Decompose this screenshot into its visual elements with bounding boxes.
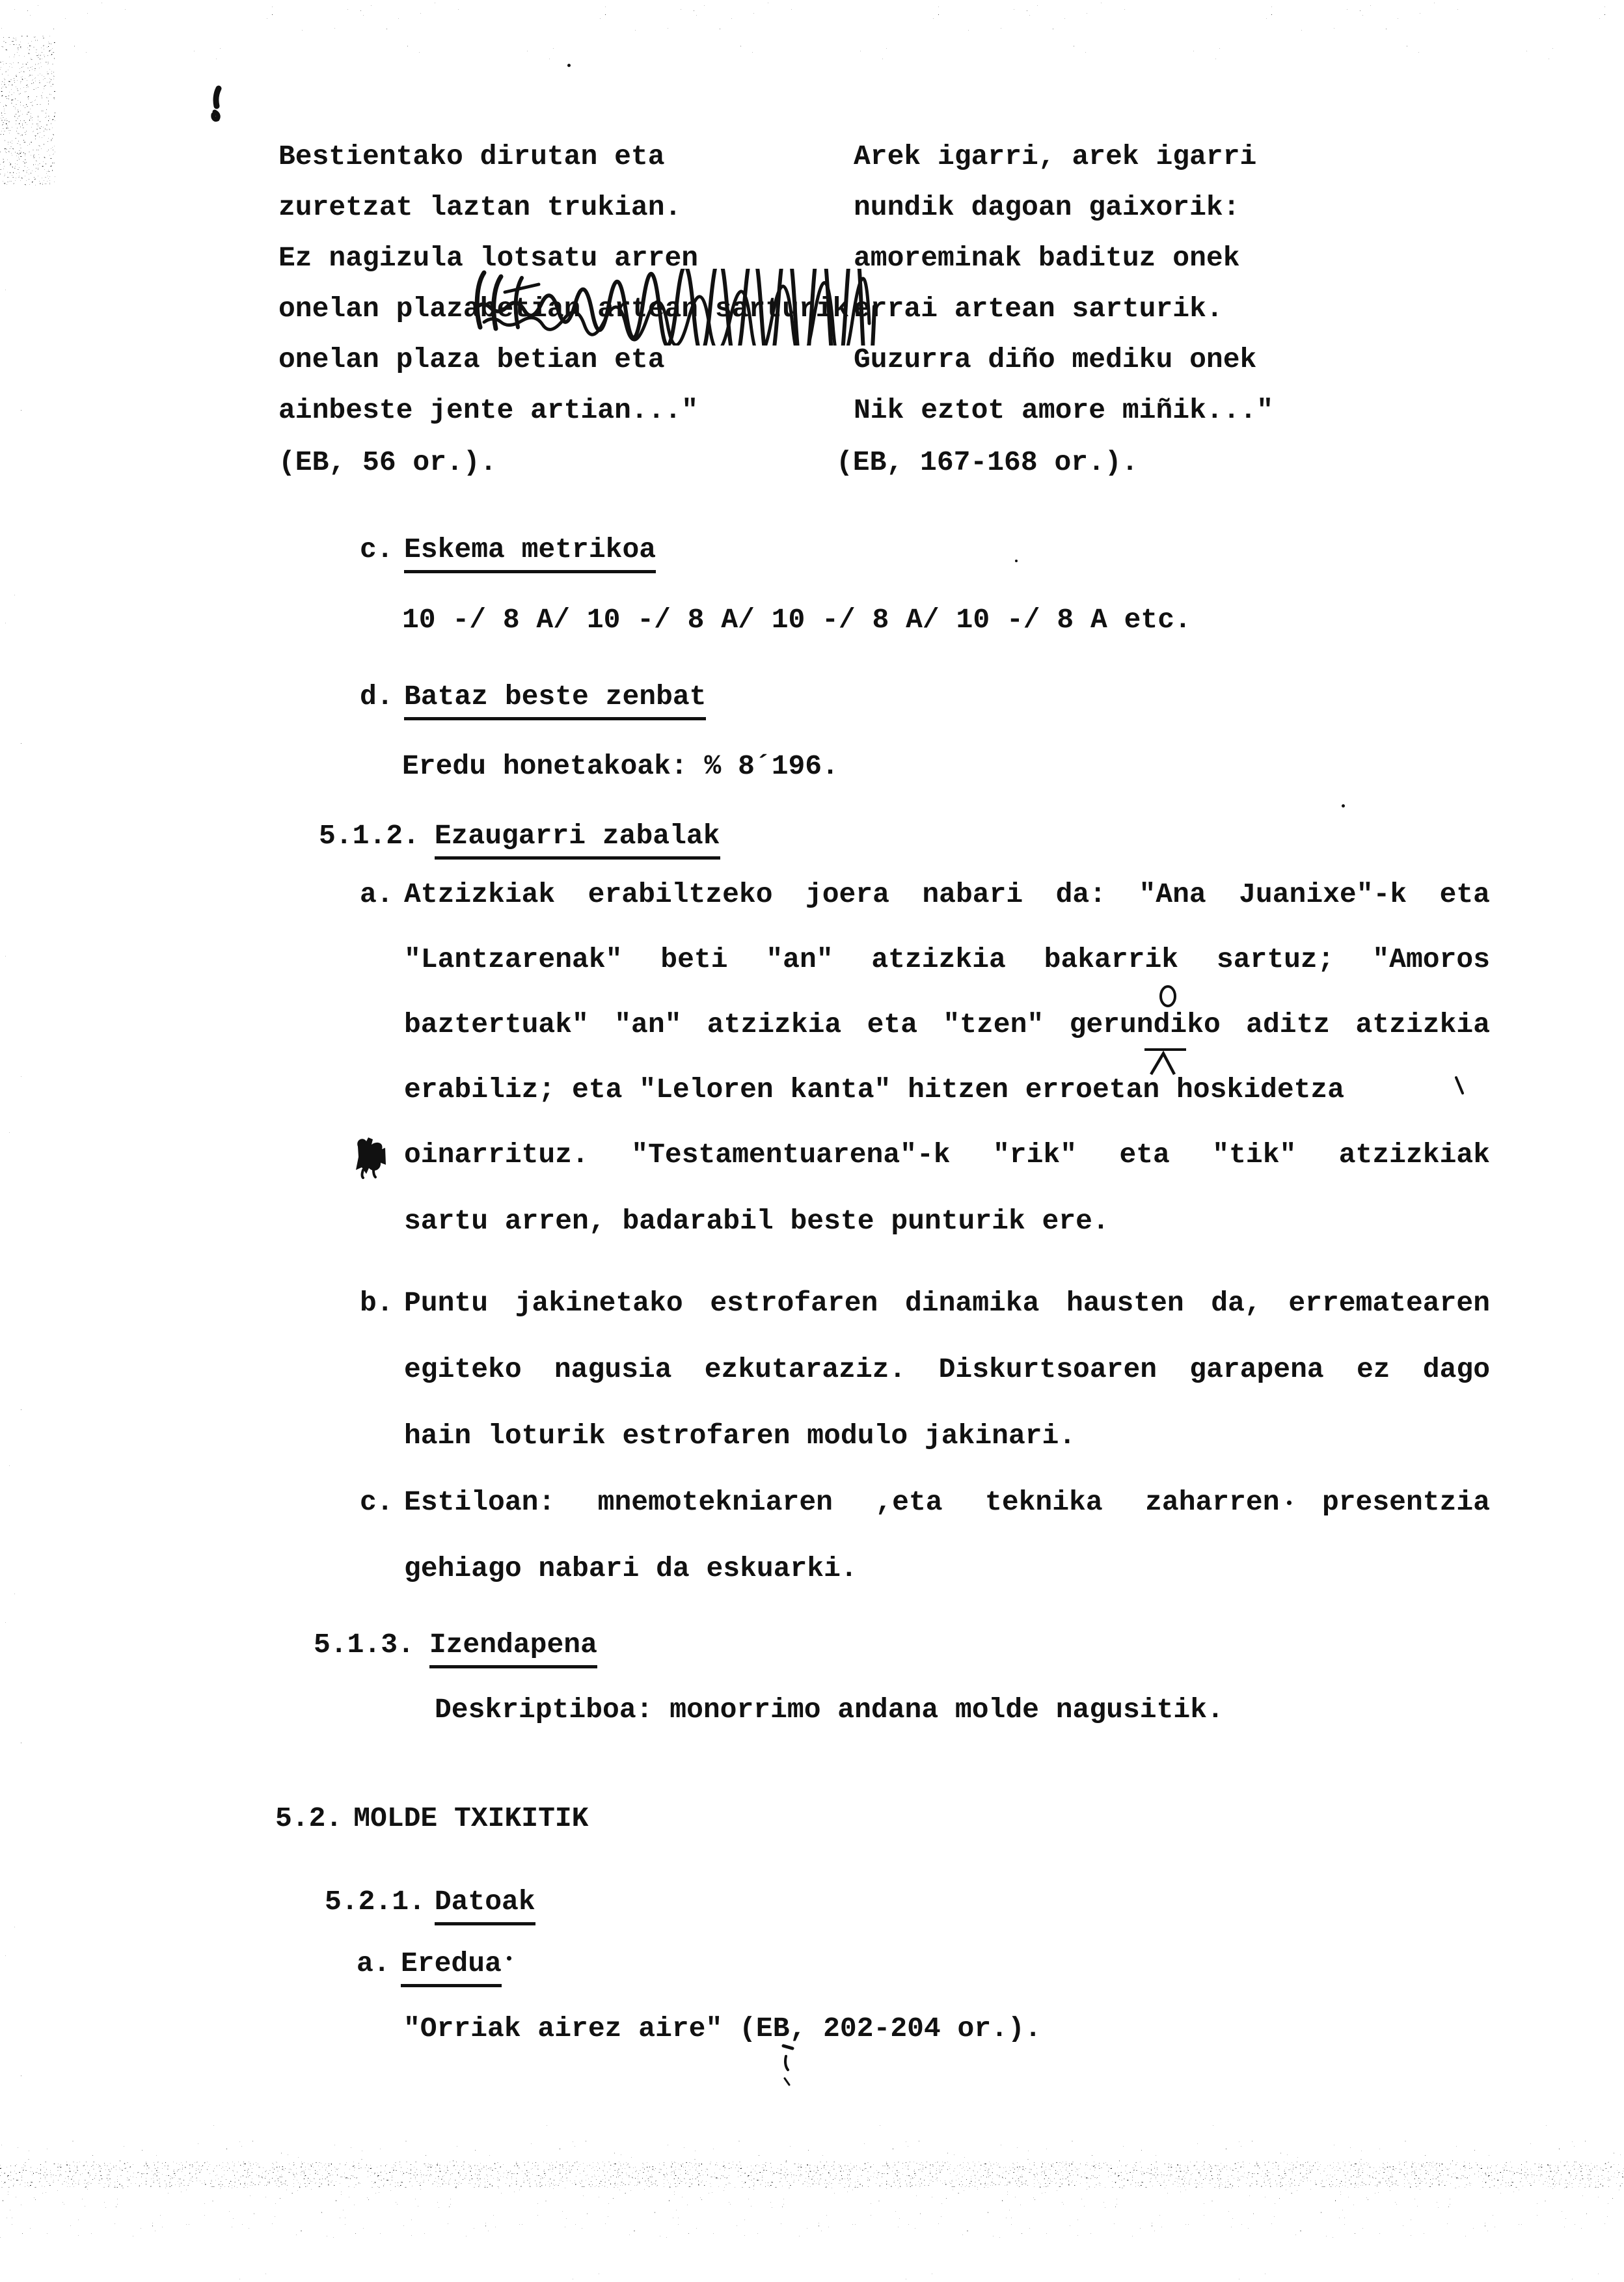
poem-right-line: Guzurra diño mediku onek (854, 345, 1256, 375)
stray-tick-mark (1452, 1075, 1468, 1097)
handwritten-strikethrough-scribble (455, 269, 891, 346)
section-d-title: Bataz beste zenbat (404, 682, 706, 720)
poem-left-line4-prefix: onelan plaza (278, 293, 480, 325)
poem-left-line: Bestientako dirutan eta (278, 142, 665, 172)
item-a2-body: "Orriak airez aire" (EB, 202-204 or.). (403, 2014, 1042, 2044)
dust-dot (1015, 560, 1018, 562)
poem-right-line: Arek igarri, arek igarri (854, 142, 1256, 172)
dust-dot (567, 64, 571, 67)
poem-right-line: Nik eztot amore miñik..." (854, 396, 1273, 426)
section-c1-body: 10 -/ 8 A/ 10 -/ 8 A/ 10 -/ 8 A/ 10 -/ 8… (402, 605, 1191, 635)
poem-right-citation: (EB, 167-168 or.). (836, 448, 1138, 478)
ink-blot (351, 1136, 390, 1179)
section-c1-title: Eskema metrikoa (404, 535, 656, 573)
section-513-body: Deskriptiboa: monorrimo andana molde nag… (435, 1695, 1224, 1725)
item-a-label: a. (360, 880, 394, 910)
item-b-line: hain loturik estrofaren modulo jakinari. (404, 1421, 1076, 1451)
item-a2-label: a. (357, 1949, 390, 1979)
item-c2-line: gehiago nabari da eskuarki. (404, 1554, 858, 1584)
poem-right-line: nundik dagoan gaixorik: (854, 193, 1240, 223)
section-52-heading: 5.2.MOLDE TXIKITIK (275, 1804, 588, 1834)
section-512-number: 5.1.2. (319, 821, 420, 851)
dust-dot (1342, 804, 1345, 808)
section-512-title: Ezaugarri zabalak (435, 821, 720, 860)
poem-right-line: amoreminak badituz onek (854, 243, 1240, 273)
section-52-number: 5.2. (275, 1804, 342, 1834)
section-d-label: d. (360, 682, 394, 712)
section-52-title: MOLDE TXIKITIK (353, 1802, 588, 1834)
dust-dot (507, 1956, 511, 1961)
section-c1-label: c. (360, 535, 394, 565)
poem-left-line: zuretzat laztan trukian. (278, 193, 681, 223)
item-a-line: baztertuak" "an" atzizkia eta "tzen" ger… (404, 1010, 1490, 1040)
item-c2-line: Estiloan: mnemotekniaren ,eta teknika za… (404, 1487, 1490, 1517)
scanned-document-page: Bestientako dirutan eta zuretzat laztan … (0, 0, 1624, 2282)
item-a-line: oinarrituz. "Testamentuarena"-k "rik" et… (404, 1140, 1490, 1170)
section-521-heading: 5.2.1.Datoak (325, 1887, 535, 1925)
item-a-line: "Lantzarenak" beti "an" atzizkia bakarri… (404, 945, 1490, 975)
section-513-title: Izendapena (429, 1630, 597, 1668)
item-a2-title-text: Eredua (401, 1949, 502, 1987)
section-512-heading: 5.1.2.Ezaugarri zabalak (319, 821, 720, 860)
section-521-title: Datoak (435, 1887, 535, 1925)
section-d-body: Eredu honetakoak: % 8´196. (402, 752, 839, 781)
item-b-line: Puntu jakinetako estrofaren dinamika hau… (404, 1288, 1490, 1318)
poem-left-line: ainbeste jente artian..." (278, 396, 698, 426)
section-c1-title-text: Eskema metrikoa (404, 535, 656, 573)
small-smudge (778, 2042, 800, 2094)
handwritten-insert-o-correction (1142, 979, 1200, 1083)
item-a-line: sartu arren, badarabil beste punturik er… (404, 1206, 1109, 1236)
stray-ink-mark (208, 85, 234, 124)
item-b-line: egiteko nagusia ezkutaraziz. Diskurtsoar… (404, 1355, 1490, 1385)
item-a-line: Atzizkiak erabiltzeko joera nabari da: "… (404, 880, 1490, 910)
item-b-label: b. (360, 1288, 394, 1318)
poem-left-citation: (EB, 56 or.). (278, 448, 496, 478)
item-a2-title: Eredua (401, 1949, 502, 1987)
item-a-line: erabiliz; eta "Leloren kanta" hitzen err… (404, 1075, 1344, 1105)
section-521-number: 5.2.1. (325, 1887, 426, 1917)
section-d-title-text: Bataz beste zenbat (404, 682, 706, 720)
poem-right-line: errai artean sarturik. (854, 294, 1223, 324)
dust-dot (1287, 1501, 1292, 1505)
section-513-number: 5.1.3. (314, 1630, 414, 1660)
poem-left-line: onelan plaza betian eta (278, 345, 665, 375)
section-513-heading: 5.1.3.Izendapena (314, 1630, 597, 1668)
item-c2-label: c. (360, 1487, 394, 1517)
